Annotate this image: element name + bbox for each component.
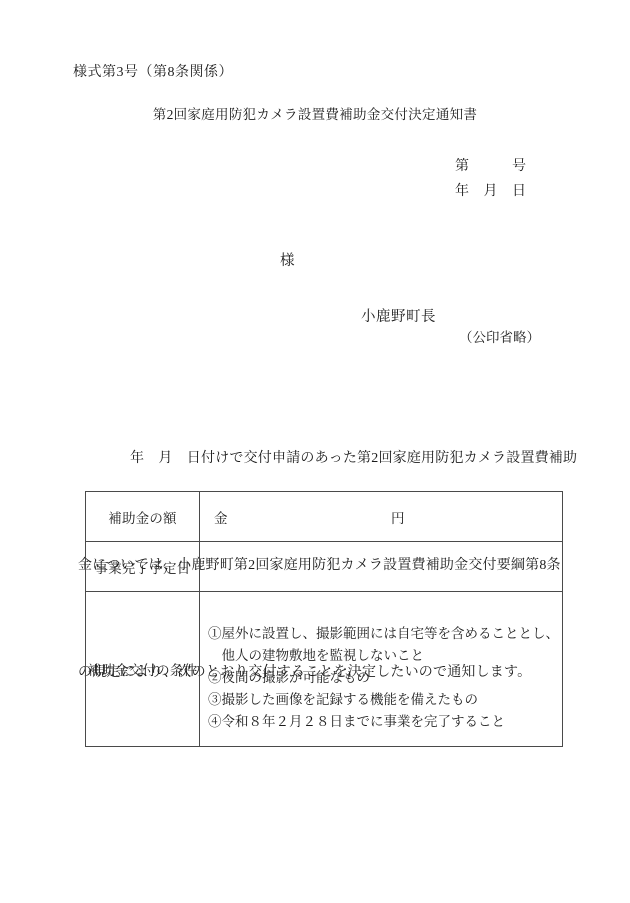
number-prefix: 第 [455,155,469,175]
amount-row-label: 補助金の額 [86,492,200,542]
condition-item-1: ①屋外に設置し、撮影範囲には自宅等を含めることとし、 [208,623,556,645]
conditions-list: ①屋外に設置し、撮影範囲には自宅等を含めることとし、 他人の建物敷地を監視しない… [200,606,562,733]
condition-item-2: ②夜間の撮影が可能なもの [208,667,556,689]
condition-item-1-cont: 他人の建物敷地を監視しないこと [208,645,556,667]
number-suffix: 号 [512,155,526,175]
form-number: 様式第3号（第8条関係） [73,61,233,81]
document-page: 様式第3号（第8条関係） 第2回家庭用防犯カメラ設置費補助金交付決定通知書 第 … [0,0,630,903]
amount-row-value-cell: 金 円 [200,492,563,542]
completion-date-row-label: 事業完了予定日 [86,542,200,592]
date-year-label: 年 [455,180,469,200]
date-month-label: 月 [484,180,498,200]
document-number-line: 第 号 [455,155,526,175]
document-title: 第2回家庭用防犯カメラ設置費補助金交付決定通知書 [0,103,630,123]
condition-item-3: ③撮影した画像を記録する機能を備えたもの [208,689,556,711]
completion-date-value-cell [200,542,563,592]
table-row-amount: 補助金の額 金 円 [86,492,563,542]
condition-item-4: ④令和８年２月２８日までに事業を完了すること [208,711,556,733]
seal-omitted-note: （公印省略） [459,326,540,346]
conditions-row-label: 補助金交付の条件 [86,592,200,747]
date-day-label: 日 [512,180,526,200]
conditions-value-cell: ①屋外に設置し、撮影範囲には自宅等を含めることとし、 他人の建物敷地を監視しない… [200,592,563,747]
amount-prefix-label: 金 [214,507,228,527]
grant-decision-table: 補助金の額 金 円 事業完了予定日 補助金交付の条件 ①屋外に設置し、撮影範囲に… [85,491,563,747]
amount-unit-label: 円 [391,507,405,527]
sender-title: 小鹿野町長 [361,305,436,326]
table-row-completion-date: 事業完了予定日 [86,542,563,592]
body-line-1: 年 月 日付けで交付申請のあった第2回家庭用防犯カメラ設置費補助 [78,441,560,477]
addressee-honorific: 様 [280,249,295,270]
document-date-line: 年 月 日 [455,180,526,200]
table-row-conditions: 補助金交付の条件 ①屋外に設置し、撮影範囲には自宅等を含めることとし、 他人の建… [86,592,563,747]
amount-value-wrap: 金 円 [200,493,562,541]
